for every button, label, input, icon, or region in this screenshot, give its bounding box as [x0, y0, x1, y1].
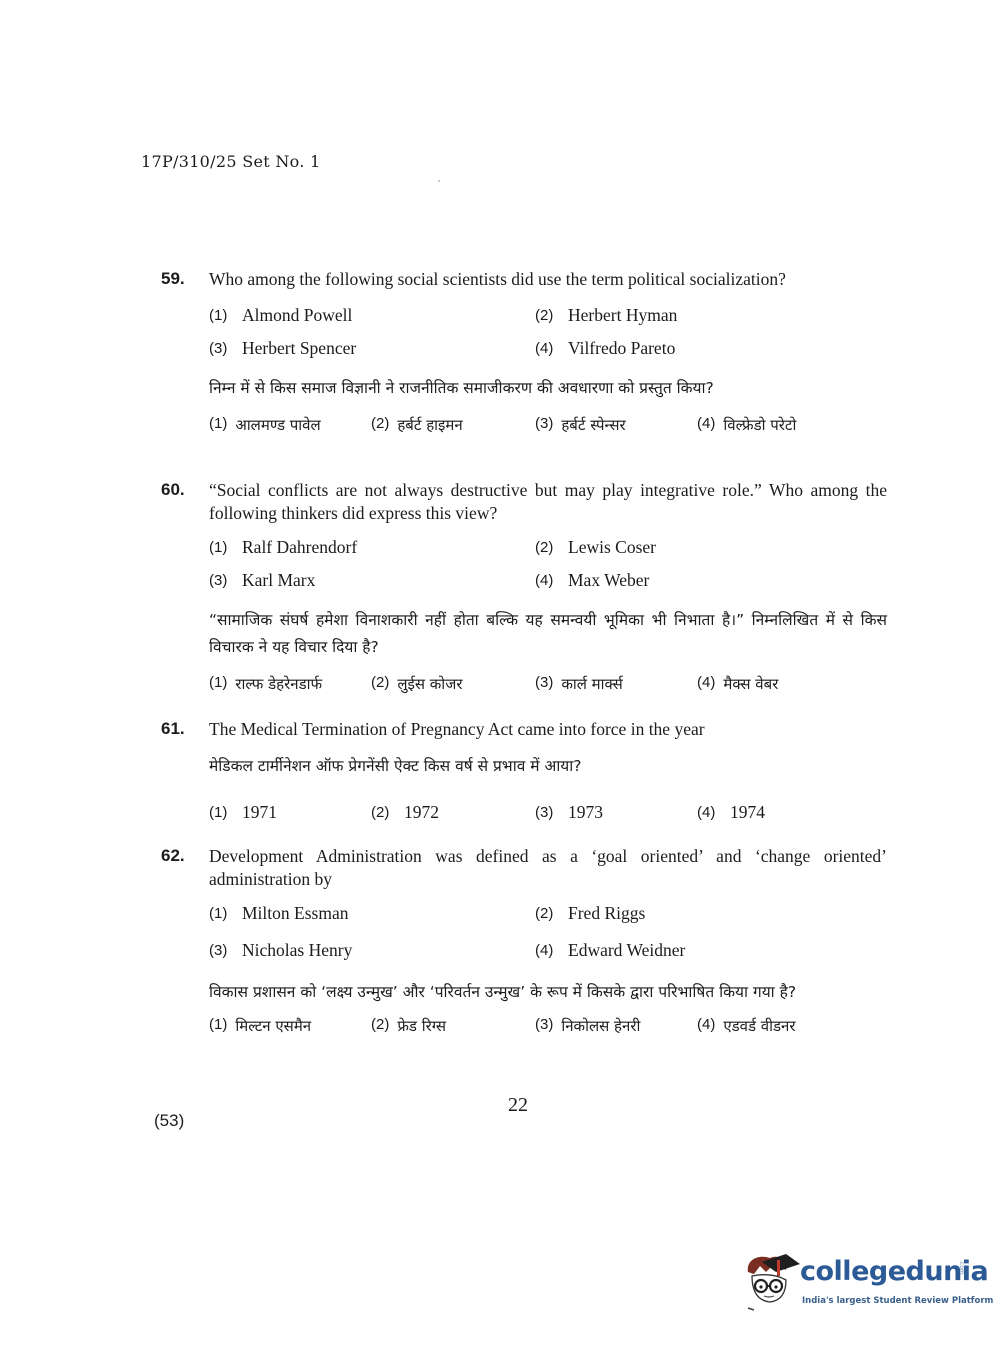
- question-text-hi: निम्न में से किस समाज विज्ञानी ने राजनीत…: [209, 375, 887, 402]
- question-text-en: The Medical Termination of Pregnancy Act…: [209, 718, 887, 741]
- option-4: (4)Edward Weidner: [535, 934, 835, 967]
- question-text-hi: “सामाजिक संघर्ष हमेशा विनाशकारी नहीं होत…: [209, 607, 887, 661]
- paper-code: 17P/310/25 Set No. 1: [141, 152, 321, 171]
- option-hi-2: (2)फ्रेड रिग्स: [371, 1016, 535, 1036]
- option-2: (2)Herbert Hyman: [535, 299, 835, 332]
- option-1: (1)Ralf Dahrendorf: [209, 531, 535, 564]
- option-4: (4)Vilfredo Pareto: [535, 332, 835, 365]
- option-2: (2)Fred Riggs: [535, 897, 835, 930]
- question-text-en: Development Administration was defined a…: [209, 845, 887, 891]
- option-hi-1: (1)मिल्टन एसमैन: [209, 1016, 371, 1036]
- option-hi-3: (3)हर्बर्ट स्पेन्सर: [535, 415, 697, 435]
- brand-tagline: India's largest Student Review Platform: [802, 1296, 993, 1306]
- option-2: (2)1972: [371, 802, 535, 823]
- question-62: 62. Development Administration was defin…: [161, 845, 887, 1043]
- option-hi-3: (3)कार्ल मार्क्स: [535, 674, 697, 694]
- question-number: 60.: [161, 479, 209, 525]
- option-1: (1)Almond Powell: [209, 299, 535, 332]
- mascot-icon: [742, 1250, 802, 1314]
- question-60: 60. “Social conflicts are not always des…: [161, 479, 887, 701]
- options-hi: (1)राल्फ डेहरेनडार्फ (2)लुईस कोजर (3)कार…: [209, 667, 887, 701]
- question-number: 59.: [161, 268, 209, 291]
- option-4: (4)Max Weber: [535, 564, 835, 597]
- option-hi-3: (3)निकोलस हेनरी: [535, 1016, 697, 1036]
- option-hi-4: (4)एडवर्ड वीडनर: [697, 1016, 796, 1036]
- question-61: 61. The Medical Termination of Pregnancy…: [161, 718, 887, 830]
- booklet-code: (53): [154, 1111, 184, 1131]
- option-hi-2: (2)लुईस कोजर: [371, 674, 535, 694]
- option-hi-1: (1)आलमण्ड पावेल: [209, 415, 371, 435]
- question-number: 61.: [161, 718, 209, 741]
- option-3: (3)Karl Marx: [209, 564, 535, 597]
- option-3: (3)Herbert Spencer: [209, 332, 535, 365]
- option-hi-1: (1)राल्फ डेहरेनडार्फ: [209, 674, 371, 694]
- question-text-hi: मेडिकल टार्मीनेशन ऑफ प्रेगनेंसी ऐक्ट किस…: [209, 753, 887, 780]
- option-4: (4)1974: [697, 802, 765, 823]
- option-1: (1)Milton Essman: [209, 897, 535, 930]
- scan-speck: [438, 180, 440, 182]
- options-hi: (1)आलमण्ड पावेल (2)हर्बर्ट हाइमन (3)हर्ब…: [209, 408, 887, 442]
- option-hi-4: (4)मैक्स वेबर: [697, 674, 778, 694]
- option-3: (3)Nicholas Henry: [209, 934, 535, 967]
- options-en: (1)1971 (2)1972 (3)1973 (4)1974: [209, 794, 887, 830]
- options-en: (1)Almond Powell (2)Herbert Hyman (3)Her…: [209, 299, 887, 365]
- page-number: 22: [508, 1094, 528, 1117]
- option-3: (3)1973: [535, 802, 697, 823]
- question-text-en: “Social conflicts are not always destruc…: [209, 479, 887, 525]
- option-hi-2: (2)हर्बर्ट हाइमन: [371, 415, 535, 435]
- options-en: (1)Ralf Dahrendorf (2)Lewis Coser (3)Kar…: [209, 531, 887, 597]
- question-text-en: Who among the following social scientist…: [209, 268, 887, 291]
- question-59: 59. Who among the following social scien…: [161, 268, 887, 442]
- question-number: 62.: [161, 845, 209, 891]
- brand-suffix: .com: [958, 1260, 965, 1275]
- option-1: (1)1971: [209, 802, 371, 823]
- options-en: (1)Milton Essman (2)Fred Riggs (3)Nichol…: [209, 897, 887, 967]
- option-hi-4: (4)विल्फ्रेडो परेटो: [697, 415, 796, 435]
- options-hi: (1)मिल्टन एसमैन (2)फ्रेड रिग्स (3)निकोलस…: [209, 1009, 887, 1043]
- collegedunia-logo: collegedunia .com India's largest Studen…: [742, 1250, 972, 1314]
- option-2: (2)Lewis Coser: [535, 531, 835, 564]
- question-text-hi: विकास प्रशासन को ‘लक्ष्य उन्मुख’ और ‘परि…: [209, 977, 887, 1007]
